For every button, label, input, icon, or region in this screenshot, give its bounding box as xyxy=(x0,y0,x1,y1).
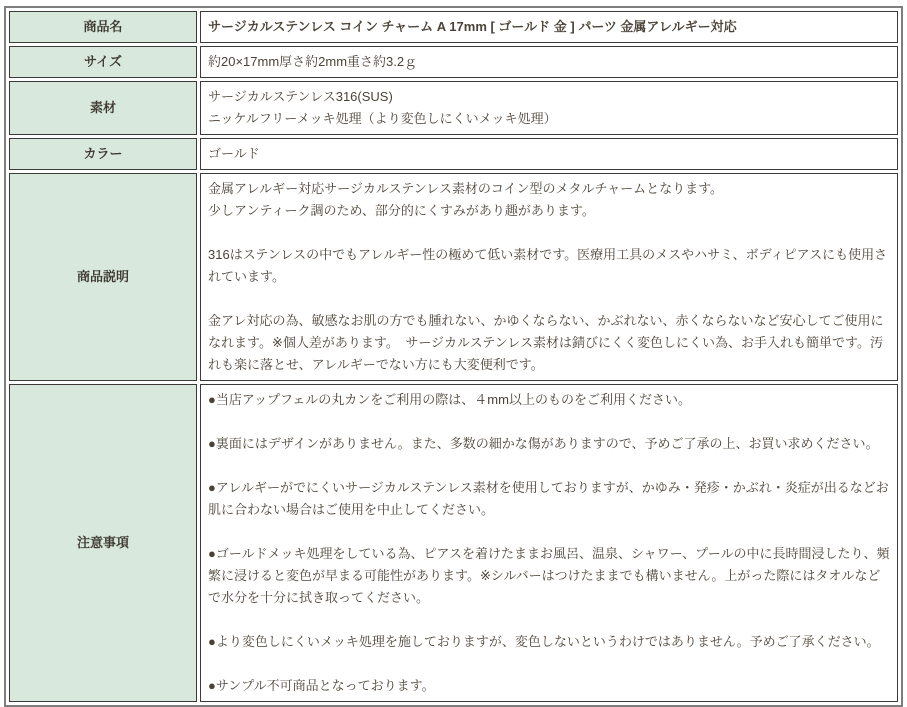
row-content-material: サージカルステンレス316(SUS) ニッケルフリーメッキ処理（より変色しにくい… xyxy=(200,81,898,135)
spec-row-size: サイズ 約20×17mm厚さ約2mm重さ約3.2ｇ xyxy=(9,46,898,78)
row-label-description: 商品説明 xyxy=(9,173,197,381)
spec-row-color: カラー ゴールド xyxy=(9,138,898,170)
spec-row-description: 商品説明 金属アレルギー対応サージカルステンレス素材のコイン型のメタルチャームと… xyxy=(9,173,898,381)
spec-row-product-name: 商品名 サージカルステンレス コイン チャーム A 17mm [ ゴールド 金 … xyxy=(9,11,898,43)
row-label-size: サイズ xyxy=(9,46,197,78)
row-content-color: ゴールド xyxy=(200,138,898,170)
row-content-precautions: ●当店アップフェルの丸カンをご利用の際は、４mm以上のものをご利用ください。 ●… xyxy=(200,384,898,702)
row-content-size: 約20×17mm厚さ約2mm重さ約3.2ｇ xyxy=(200,46,898,78)
row-label-color: カラー xyxy=(9,138,197,170)
row-content-description: 金属アレルギー対応サージカルステンレス素材のコイン型のメタルチャームとなります。… xyxy=(200,173,898,381)
row-label-material: 素材 xyxy=(9,81,197,135)
product-spec-table: 商品名 サージカルステンレス コイン チャーム A 17mm [ ゴールド 金 … xyxy=(4,6,903,705)
row-label-product-name: 商品名 xyxy=(9,11,197,43)
row-content-product-name: サージカルステンレス コイン チャーム A 17mm [ ゴールド 金 ] パー… xyxy=(200,11,898,43)
spec-row-precautions: 注意事項 ●当店アップフェルの丸カンをご利用の際は、４mm以上のものをご利用くだ… xyxy=(9,384,898,702)
spec-row-material: 素材 サージカルステンレス316(SUS) ニッケルフリーメッキ処理（より変色し… xyxy=(9,81,898,135)
row-label-precautions: 注意事項 xyxy=(9,384,197,702)
